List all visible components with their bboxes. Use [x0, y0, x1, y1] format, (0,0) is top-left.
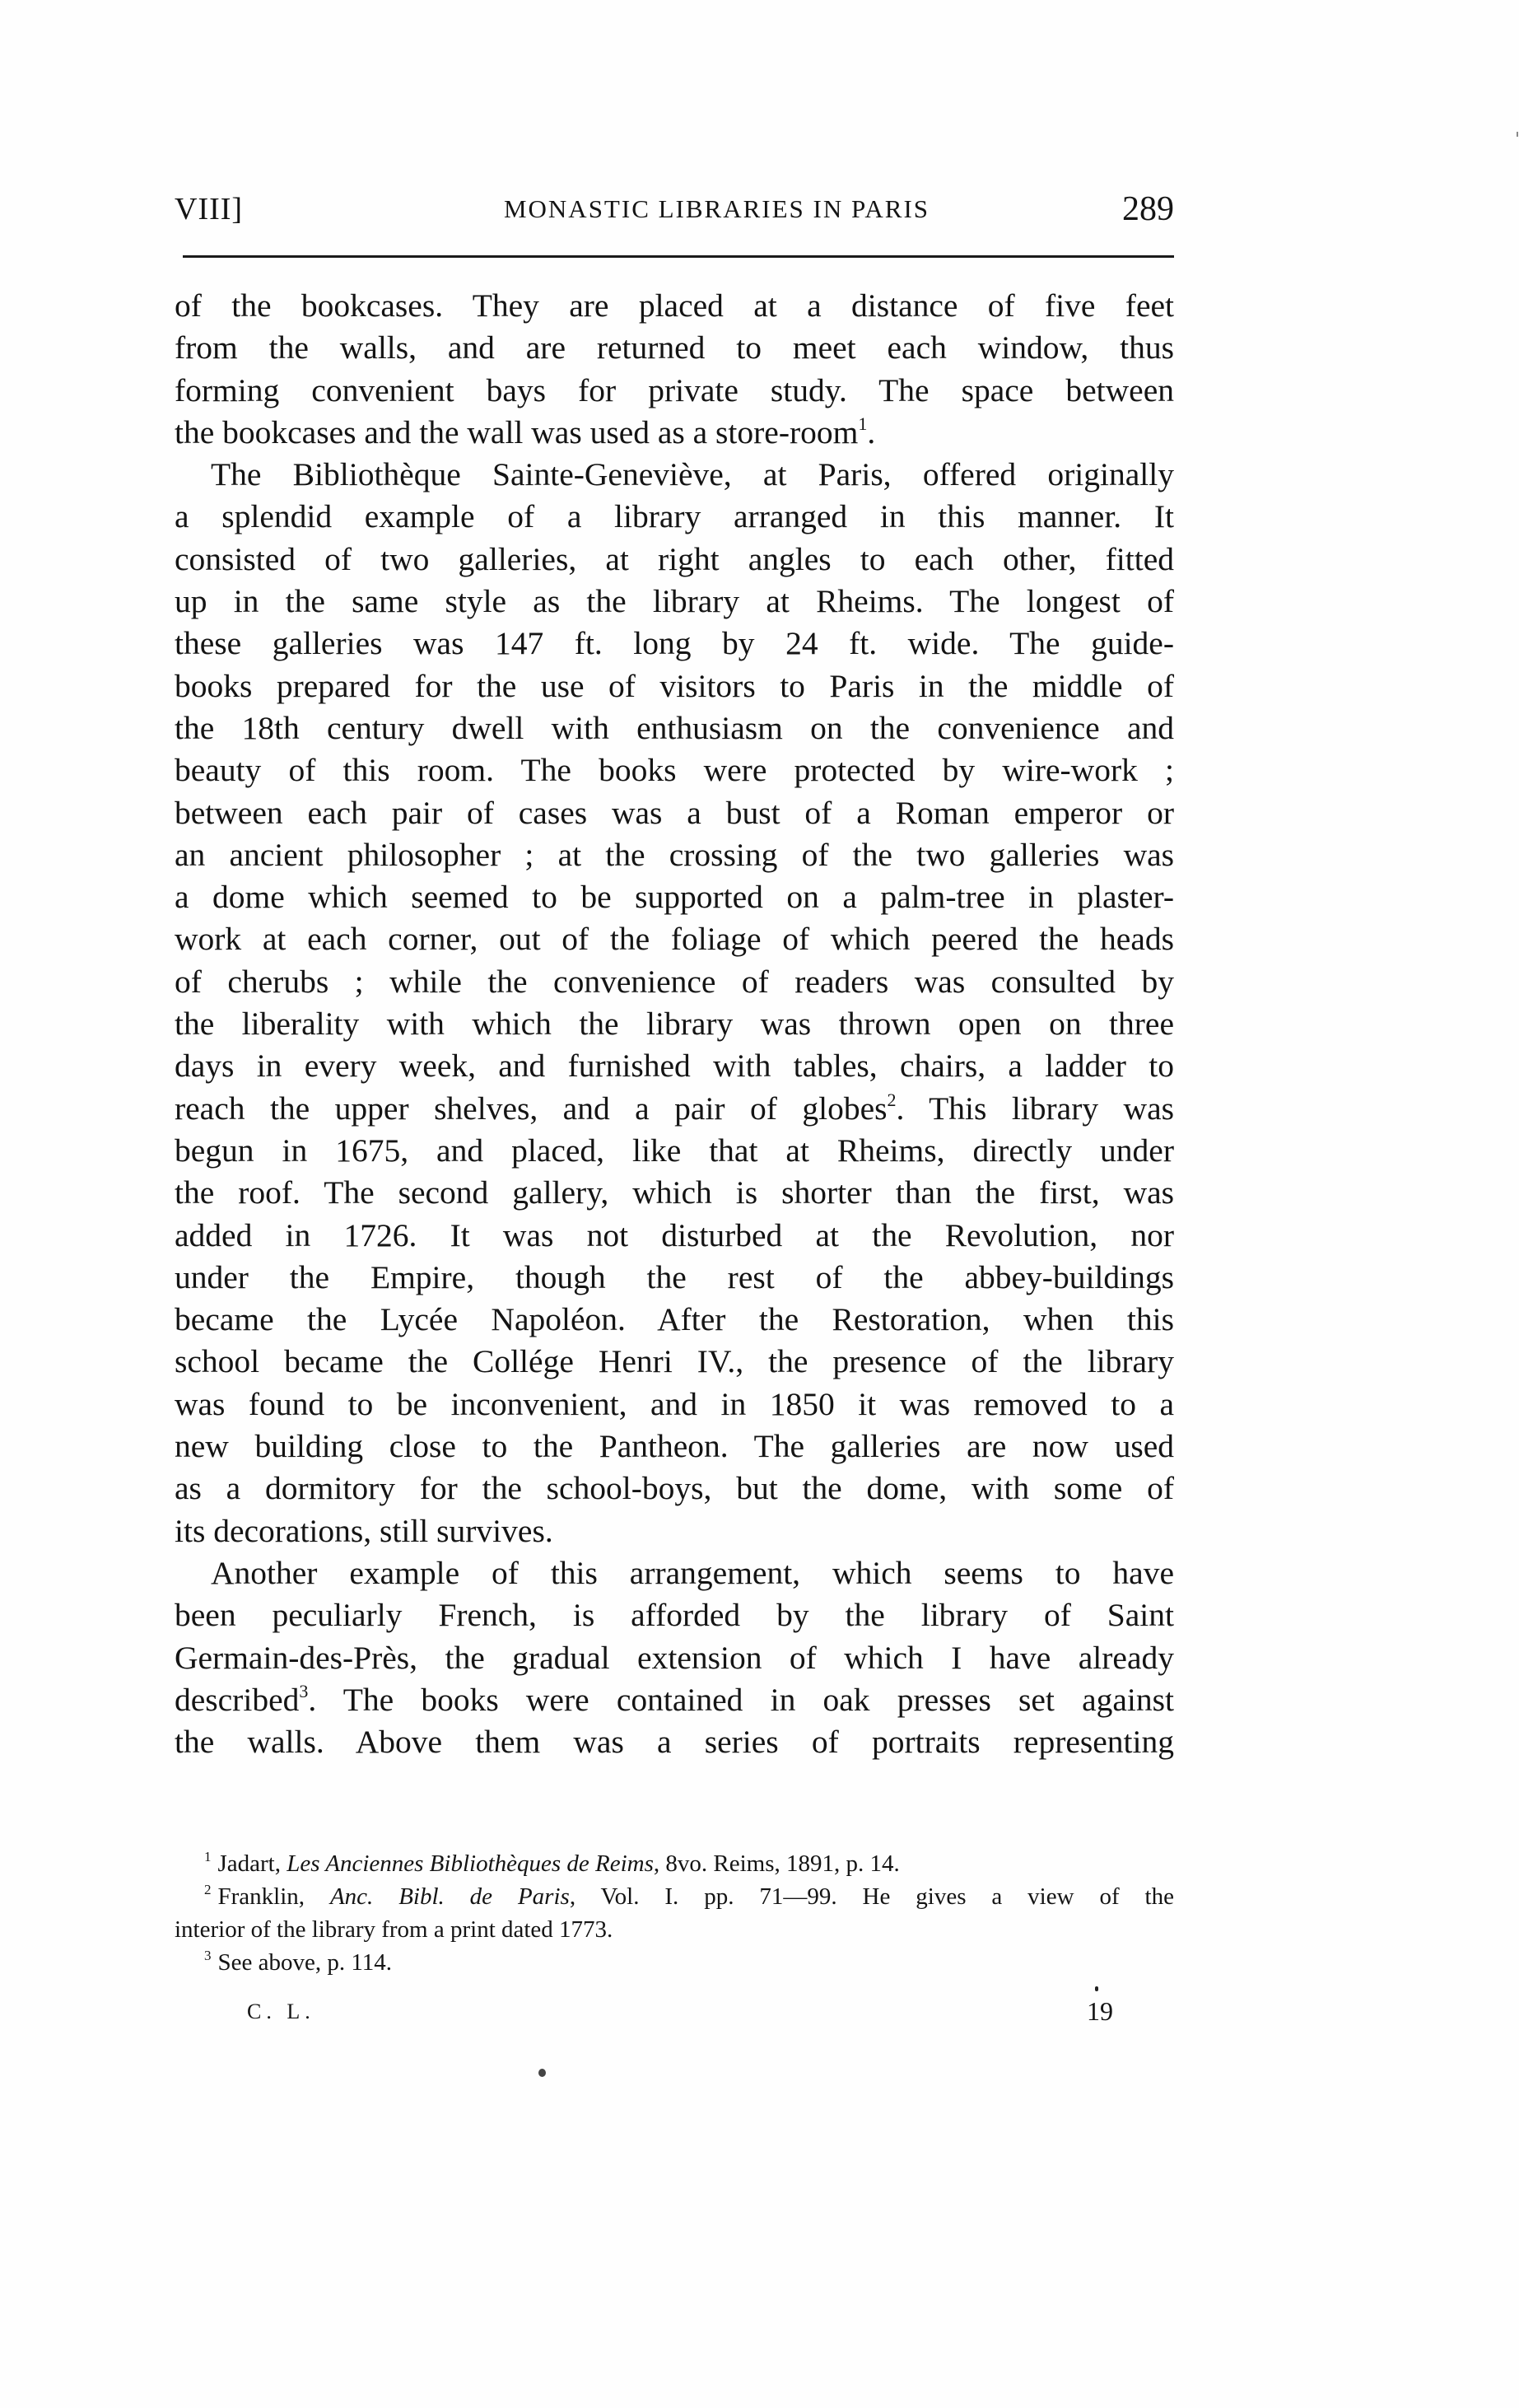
text-line: beauty of this room. The books were prot… — [175, 749, 1174, 791]
text-line: an ancient philosopher ; at the crossing… — [175, 834, 1174, 876]
text-fragment: . This library was — [897, 1090, 1174, 1127]
running-title: MONASTIC LIBRARIES IN PARIS — [0, 191, 1519, 227]
page-number: 289 — [1103, 191, 1174, 227]
footnote-author: Franklin, — [218, 1883, 330, 1910]
header-rule — [183, 255, 1174, 258]
text-line: Germain-des-Près, the gradual extension … — [175, 1637, 1174, 1679]
text-line: The Bibliothèque Sainte-Geneviève, at Pa… — [175, 454, 1174, 496]
text-line: work at each corner, out of the foliage … — [175, 918, 1174, 960]
text-line: up in the same style as the library at R… — [175, 581, 1174, 623]
text-line: a splendid example of a library arranged… — [175, 496, 1174, 538]
text-line: from the walls, and are returned to meet… — [175, 327, 1174, 369]
text-line: of the bookcases. They are placed at a d… — [175, 285, 1174, 327]
text-line: reach the upper shelves, and a pair of g… — [175, 1088, 1174, 1130]
footnote-1: 1Jadart, Les Anciennes Bibliothèques de … — [175, 1847, 1174, 1880]
footnotes: 1Jadart, Les Anciennes Bibliothèques de … — [175, 1847, 1174, 1979]
text-line: the roof. The second gallery, which is s… — [175, 1172, 1174, 1214]
body-text: of the bookcases. They are placed at a d… — [175, 285, 1174, 1763]
text-fragment: . — [867, 414, 875, 450]
footnote-title: Anc. Bibl. de Paris — [330, 1883, 570, 1910]
text-fragment: described — [175, 1682, 299, 1718]
text-line: consisted of two galleries, at right ang… — [175, 539, 1174, 581]
footnote-2-continuation: interior of the library from a print dat… — [175, 1913, 1174, 1946]
sheet-number: 19 — [1087, 1996, 1113, 2027]
sheet-mark-dot — [1095, 1986, 1098, 1991]
footnote-3: 3See above, p. 114. — [175, 1946, 1174, 1979]
text-line: begun in 1675, and placed, like that at … — [175, 1130, 1174, 1172]
text-line: the bookcases and the wall was used as a… — [175, 412, 1174, 454]
footnote-2: 2Franklin, Anc. Bibl. de Paris, Vol. I. … — [175, 1880, 1174, 1913]
footnote-marker: 3 — [204, 1948, 212, 1963]
printer-signature: C. L. — [247, 2000, 315, 2024]
footnote-marker: 2 — [204, 1882, 212, 1897]
text-line: a dome which seemed to be supported on a… — [175, 876, 1174, 918]
footnote-ref: 2 — [888, 1090, 897, 1110]
book-page: VIII] MONASTIC LIBRARIES IN PARIS 289 of… — [0, 0, 1519, 2408]
footnote-text: See above, p. 114. — [218, 1949, 393, 1976]
footnote-rest: , 8vo. Reims, 1891, p. 14. — [654, 1850, 900, 1877]
text-line: under the Empire, though the rest of the… — [175, 1257, 1174, 1299]
text-line: the walls. Above them was a series of po… — [175, 1721, 1174, 1763]
footnote-author: Jadart, — [218, 1850, 287, 1877]
text-line: school became the Collége Henri IV., the… — [175, 1341, 1174, 1383]
footnote-title: Les Anciennes Bibliothèques de Reims — [287, 1850, 654, 1877]
text-line: added in 1726. It was not disturbed at t… — [175, 1215, 1174, 1257]
text-line: forming convenient bays for private stud… — [175, 370, 1174, 412]
text-line: days in every week, and furnished with t… — [175, 1045, 1174, 1087]
text-line: the liberality with which the library wa… — [175, 1003, 1174, 1045]
running-title-text: MONASTIC LIBRARIES IN PARIS — [504, 191, 930, 227]
footnote-ref: 1 — [858, 413, 867, 434]
text-line: as a dormitory for the school-boys, but … — [175, 1468, 1174, 1510]
text-line: Another example of this arrangement, whi… — [175, 1552, 1174, 1594]
text-line: new building close to the Pantheon. The … — [175, 1426, 1174, 1468]
text-line: became the Lycée Napoléon. After the Res… — [175, 1299, 1174, 1341]
text-fragment: the bookcases and the wall was used as a… — [175, 414, 858, 450]
footnote-ref: 3 — [299, 1681, 308, 1701]
text-line: was found to be inconvenient, and in 185… — [175, 1384, 1174, 1426]
text-line: between each pair of cases was a bust of… — [175, 792, 1174, 834]
footnote-marker: 1 — [204, 1849, 212, 1864]
text-fragment: reach the upper shelves, and a pair of g… — [175, 1090, 888, 1127]
text-line: books prepared for the use of visitors t… — [175, 665, 1174, 707]
scan-edge-mark — [1517, 132, 1518, 137]
scan-speck — [538, 2069, 546, 2077]
footnote-rest: , Vol. I. pp. 71—99. He gives a view of … — [570, 1883, 1174, 1910]
text-line: described3. The books were contained in … — [175, 1679, 1174, 1721]
text-fragment: . The books were contained in oak presse… — [308, 1682, 1174, 1718]
text-line: of cherubs ; while the convenience of re… — [175, 961, 1174, 1003]
text-line: the 18th century dwell with enthusiasm o… — [175, 707, 1174, 749]
text-line: been peculiarly French, is afforded by t… — [175, 1594, 1174, 1636]
text-line: its decorations, still survives. — [175, 1510, 1174, 1552]
text-line: these galleries was 147 ft. long by 24 f… — [175, 623, 1174, 665]
